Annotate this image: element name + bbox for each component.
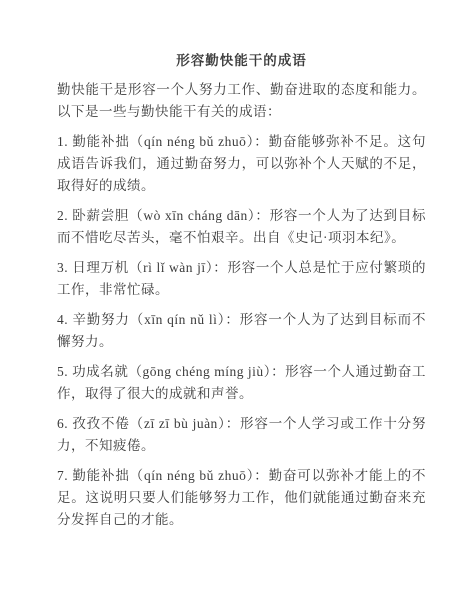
idiom-item-7: 7. 勤能补拙（qín néng bǔ zhuō）：勤奋可以弥补才能上的不足。这… <box>57 465 426 531</box>
idiom-item-4: 4. 辛勤努力（xīn qín nǔ lì）：形容一个人为了达到目标而不懈努力。 <box>57 309 426 353</box>
idiom-item-2: 2. 卧薪尝胆（wò xīn cháng dān）：形容一个人为了达到目标而不惜… <box>57 205 426 249</box>
document-title: 形容勤快能干的成语 <box>57 50 426 72</box>
idiom-item-5: 5. 功成名就（gōng chéng míng jiù）：形容一个人通过勤奋工作… <box>57 361 426 405</box>
idiom-item-3: 3. 日理万机（rì lǐ wàn jī）：形容一个人总是忙于应付繁琐的工作，非… <box>57 257 426 301</box>
idiom-item-1: 1. 勤能补拙（qín néng bǔ zhuō）：勤奋能够弥补不足。这句成语告… <box>57 131 426 197</box>
document-page: 形容勤快能干的成语 勤快能干是形容一个人努力工作、勤奋进取的态度和能力。以下是一… <box>0 0 463 600</box>
intro-paragraph: 勤快能干是形容一个人努力工作、勤奋进取的态度和能力。以下是一些与勤快能干有关的成… <box>57 79 426 123</box>
idiom-item-6: 6. 孜孜不倦（zī zī bù juàn）：形容一个人学习或工作十分努力，不知… <box>57 413 426 457</box>
